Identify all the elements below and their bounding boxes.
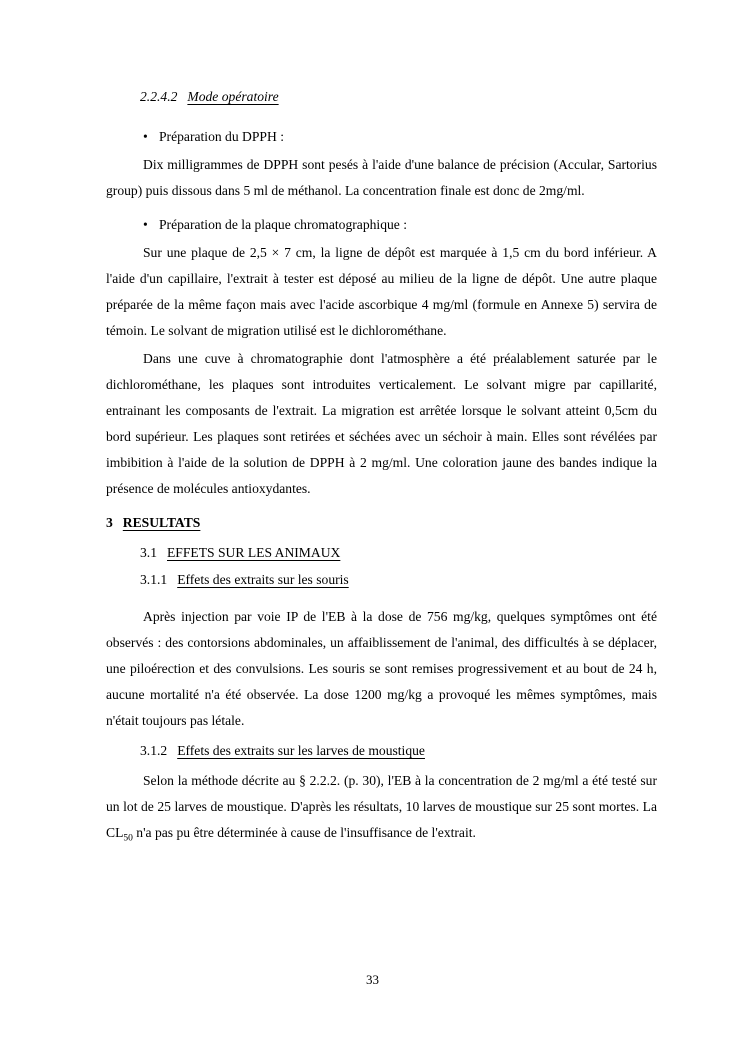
heading-title: Effets des extraits sur les souris: [177, 572, 349, 587]
bullet-text: Préparation de la plaque chromatographiq…: [159, 217, 407, 232]
bullet-icon: •: [143, 124, 159, 150]
paragraph-effets-souris: Après injection par voie IP de l'EB à la…: [106, 604, 657, 734]
heading-number: 3.1.2: [140, 738, 167, 764]
paragraph-dpph-preparation: Dix milligrammes de DPPH sont pesés à l'…: [106, 152, 657, 204]
subscript-cl50: 50: [123, 834, 133, 844]
heading-number: 3.1: [140, 540, 157, 566]
paragraph-plaque-preparation: Sur une plaque de 2,5 × 7 cm, la ligne d…: [106, 240, 657, 344]
bullet-item-preparation-plaque: •Préparation de la plaque chromatographi…: [106, 212, 657, 238]
heading-title: EFFETS SUR LES ANIMAUX: [167, 545, 340, 560]
bullet-icon: •: [143, 212, 159, 238]
heading-mode-operatoire: 2.2.4.2Mode opératoire: [140, 84, 657, 110]
page-number: 33: [0, 973, 745, 987]
bullet-item-preparation-dpph: •Préparation du DPPH :: [106, 124, 657, 150]
heading-effets-larves: 3.1.2Effets des extraits sur les larves …: [140, 738, 657, 764]
page-content: 2.2.4.2Mode opératoire •Préparation du D…: [106, 84, 657, 848]
heading-number: 2.2.4.2: [140, 84, 177, 110]
heading-title: Effets des extraits sur les larves de mo…: [177, 743, 425, 758]
bullet-text: Préparation du DPPH :: [159, 129, 284, 144]
paragraph-text-after-subscript: n'a pas pu être déterminée à cause de l'…: [133, 825, 476, 840]
heading-effets-souris: 3.1.1Effets des extraits sur les souris: [140, 567, 657, 593]
heading-title: Mode opératoire: [187, 89, 278, 104]
heading-number: 3: [106, 510, 113, 536]
heading-effets-animaux: 3.1EFFETS SUR LES ANIMAUX: [140, 540, 657, 566]
document-page: 2.2.4.2Mode opératoire •Préparation du D…: [0, 0, 745, 1053]
heading-title: RESULTATS: [123, 515, 201, 530]
heading-resultats: 3RESULTATS: [106, 510, 657, 536]
paragraph-cuve-chromatographie: Dans une cuve à chromatographie dont l'a…: [106, 346, 657, 502]
paragraph-effets-larves: Selon la méthode décrite au § 2.2.2. (p.…: [106, 768, 657, 846]
heading-number: 3.1.1: [140, 567, 167, 593]
